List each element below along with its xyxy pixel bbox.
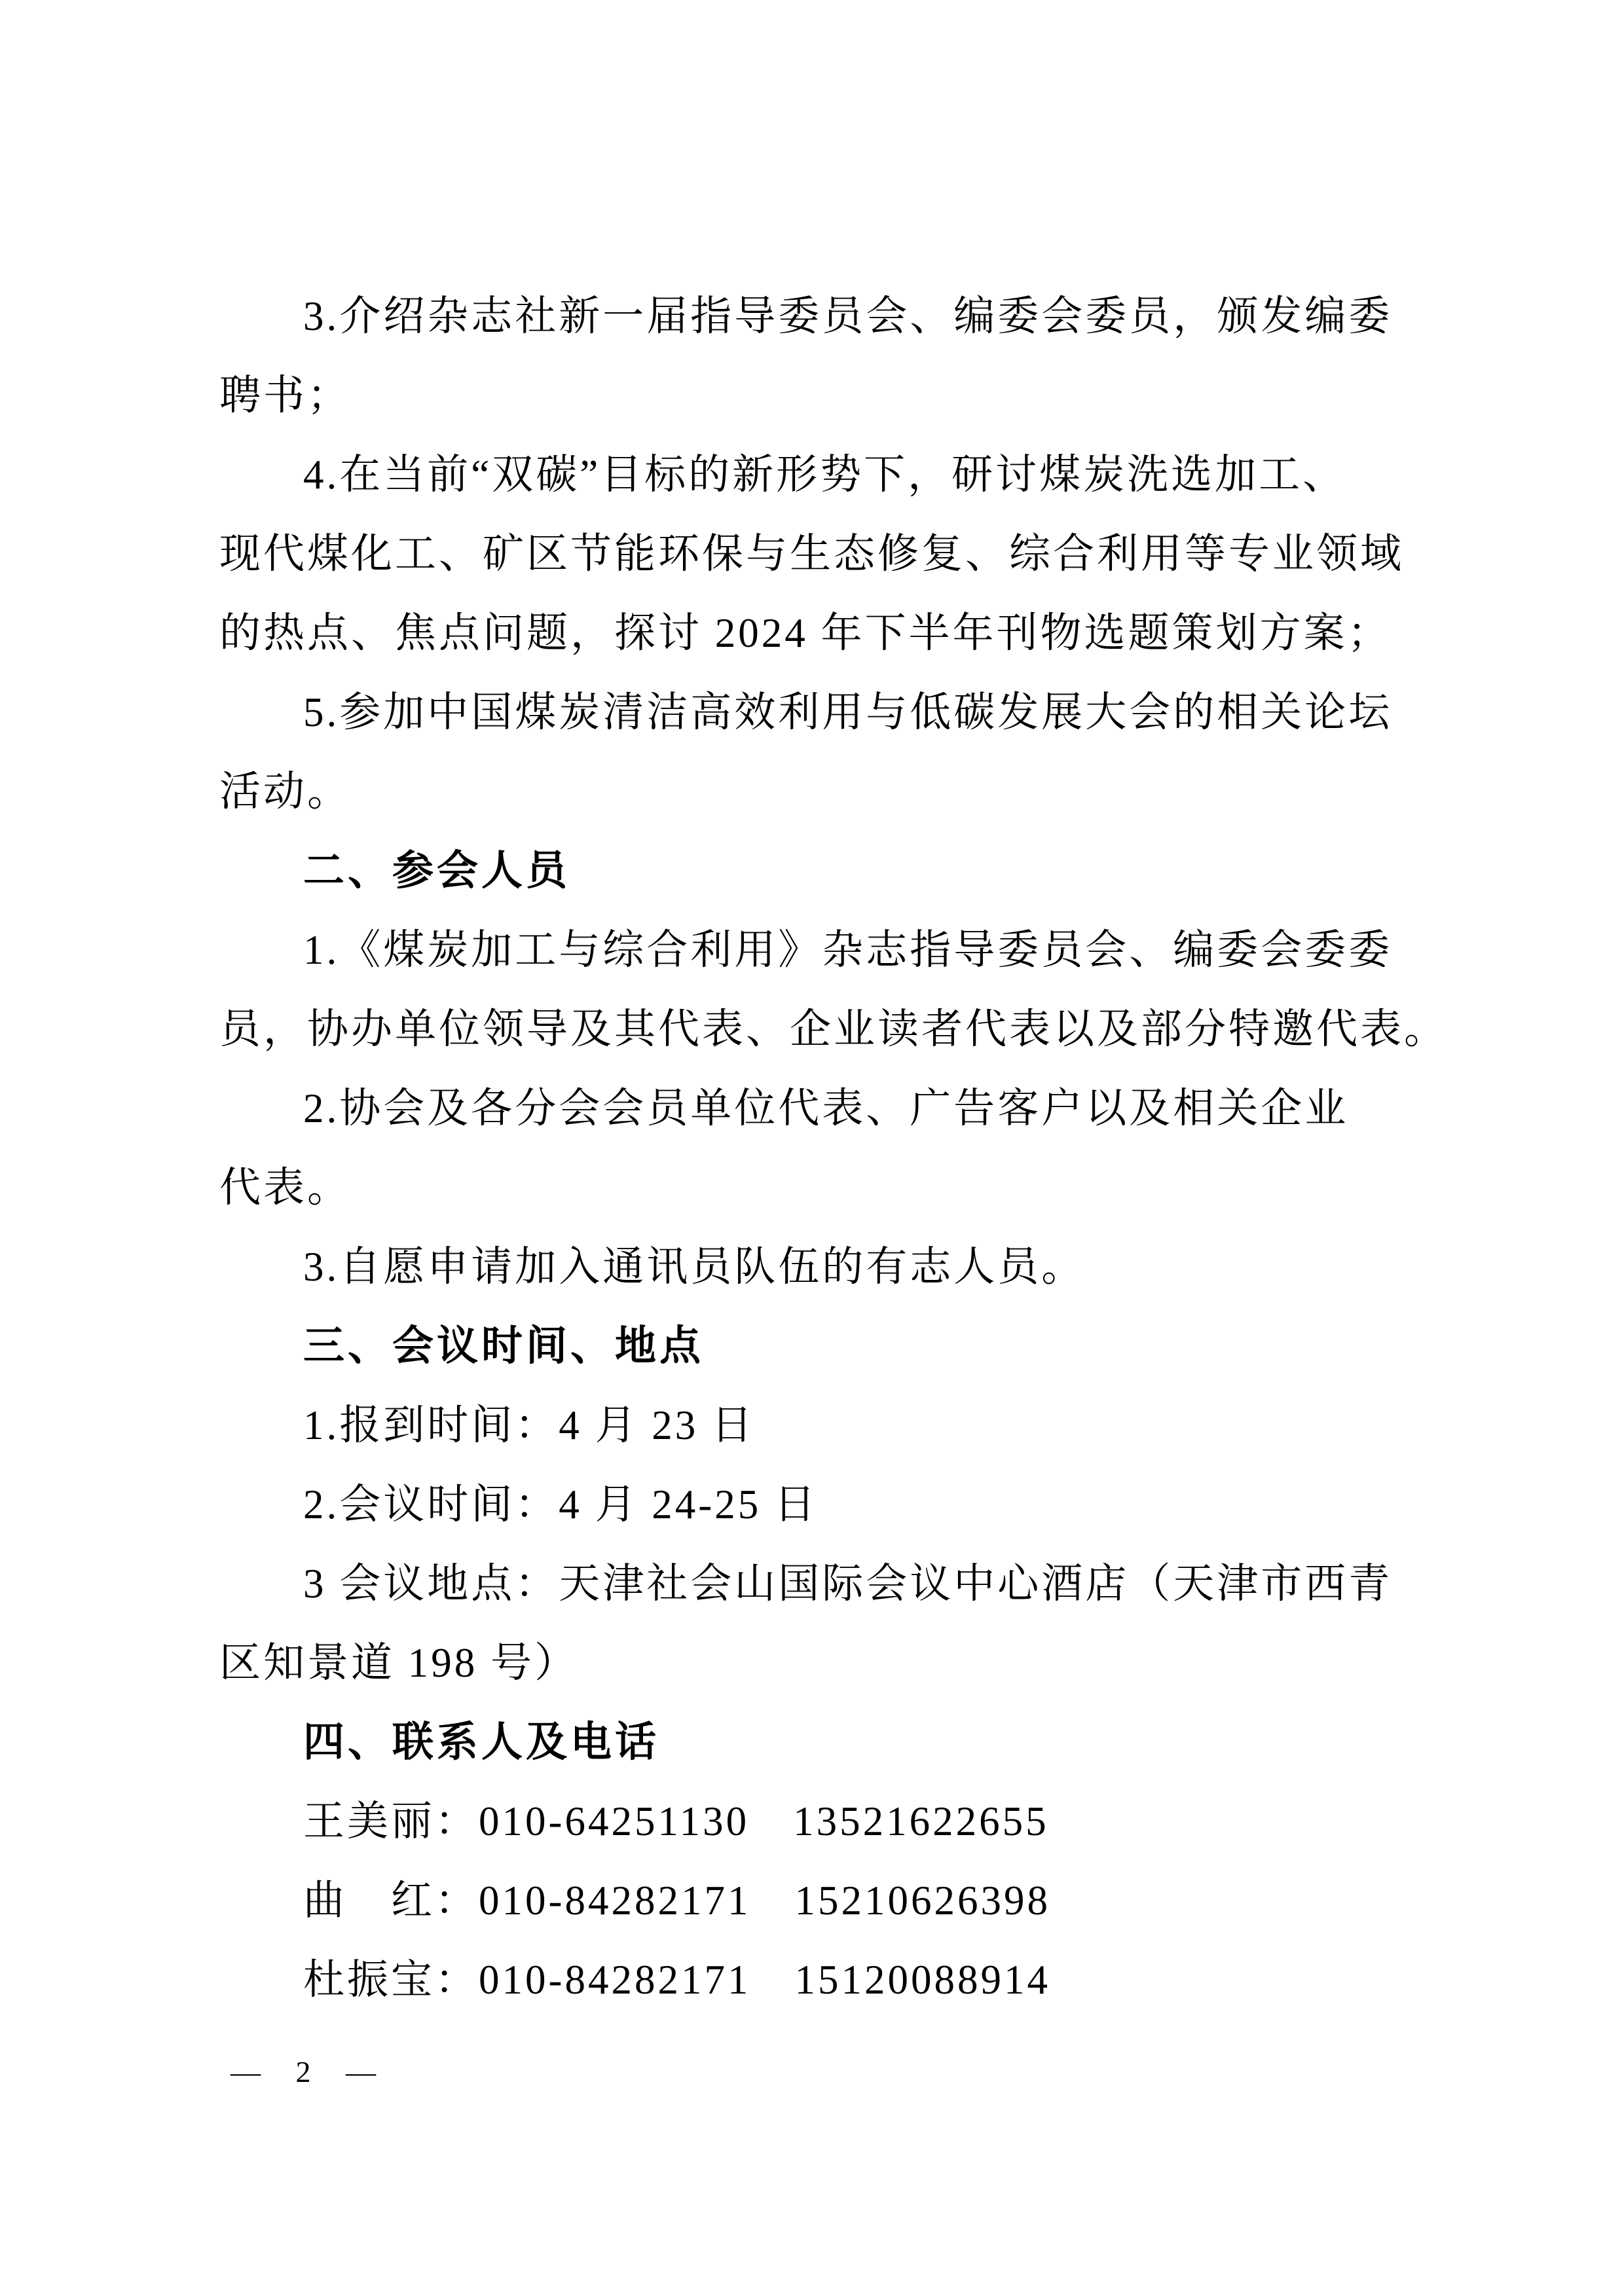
body-line-checkin-time: 1.报到时间：4 月 23 日 <box>219 1386 1421 1465</box>
body-line: 聘书； <box>219 356 1421 435</box>
body-line: 3.介绍杂志社新一届指导委员会、编委会委员，颁发编委 <box>219 277 1421 356</box>
body-line-contact-3: 杜振宝：010-84282171 15120088914 <box>219 1941 1421 2020</box>
body-line: 1.《煤炭加工与综合利用》杂志指导委员会、编委会委委 <box>219 911 1421 990</box>
heading-section-2-attendees: 二、参会人员 <box>219 831 1421 911</box>
document-body: 3.介绍杂志社新一届指导委员会、编委会委员，颁发编委 聘书； 4.在当前“双碳”… <box>219 277 1421 2020</box>
body-line: 代表。 <box>219 1148 1421 1228</box>
body-line: 员，协办单位领导及其代表、企业读者代表以及部分特邀代表。 <box>219 990 1421 1069</box>
heading-section-4-contacts: 四、联系人及电话 <box>219 1703 1421 1782</box>
body-line: 现代煤化工、矿区节能环保与生态修复、综合利用等专业领域 <box>219 515 1421 594</box>
body-line: 3.自愿申请加入通讯员队伍的有志人员。 <box>219 1228 1421 1307</box>
body-line-meeting-location: 3 会议地点：天津社会山国际会议中心酒店（天津市西青 <box>219 1544 1421 1624</box>
page-number: — 2 — <box>231 2052 381 2092</box>
body-line: 4.在当前“双碳”目标的新形势下，研讨煤炭洗选加工、 <box>219 435 1421 515</box>
body-line-contact-1: 王美丽：010-64251130 13521622655 <box>219 1782 1421 1861</box>
body-line: 区知景道 198 号） <box>219 1624 1421 1703</box>
document-page: 3.介绍杂志社新一届指导委员会、编委会委员，颁发编委 聘书； 4.在当前“双碳”… <box>0 0 1624 2296</box>
body-line: 活动。 <box>219 752 1421 831</box>
body-line: 2.协会及各分会会员单位代表、广告客户以及相关企业 <box>219 1069 1421 1148</box>
body-line: 5.参加中国煤炭清洁高效利用与低碳发展大会的相关论坛 <box>219 673 1421 752</box>
body-line-meeting-time: 2.会议时间：4 月 24-25 日 <box>219 1465 1421 1544</box>
body-line: 的热点、焦点问题，探讨 2024 年下半年刊物选题策划方案； <box>219 594 1421 673</box>
heading-section-3-time-location: 三、会议时间、地点 <box>219 1307 1421 1386</box>
body-line-contact-2: 曲 红：010-84282171 15210626398 <box>219 1861 1421 1941</box>
